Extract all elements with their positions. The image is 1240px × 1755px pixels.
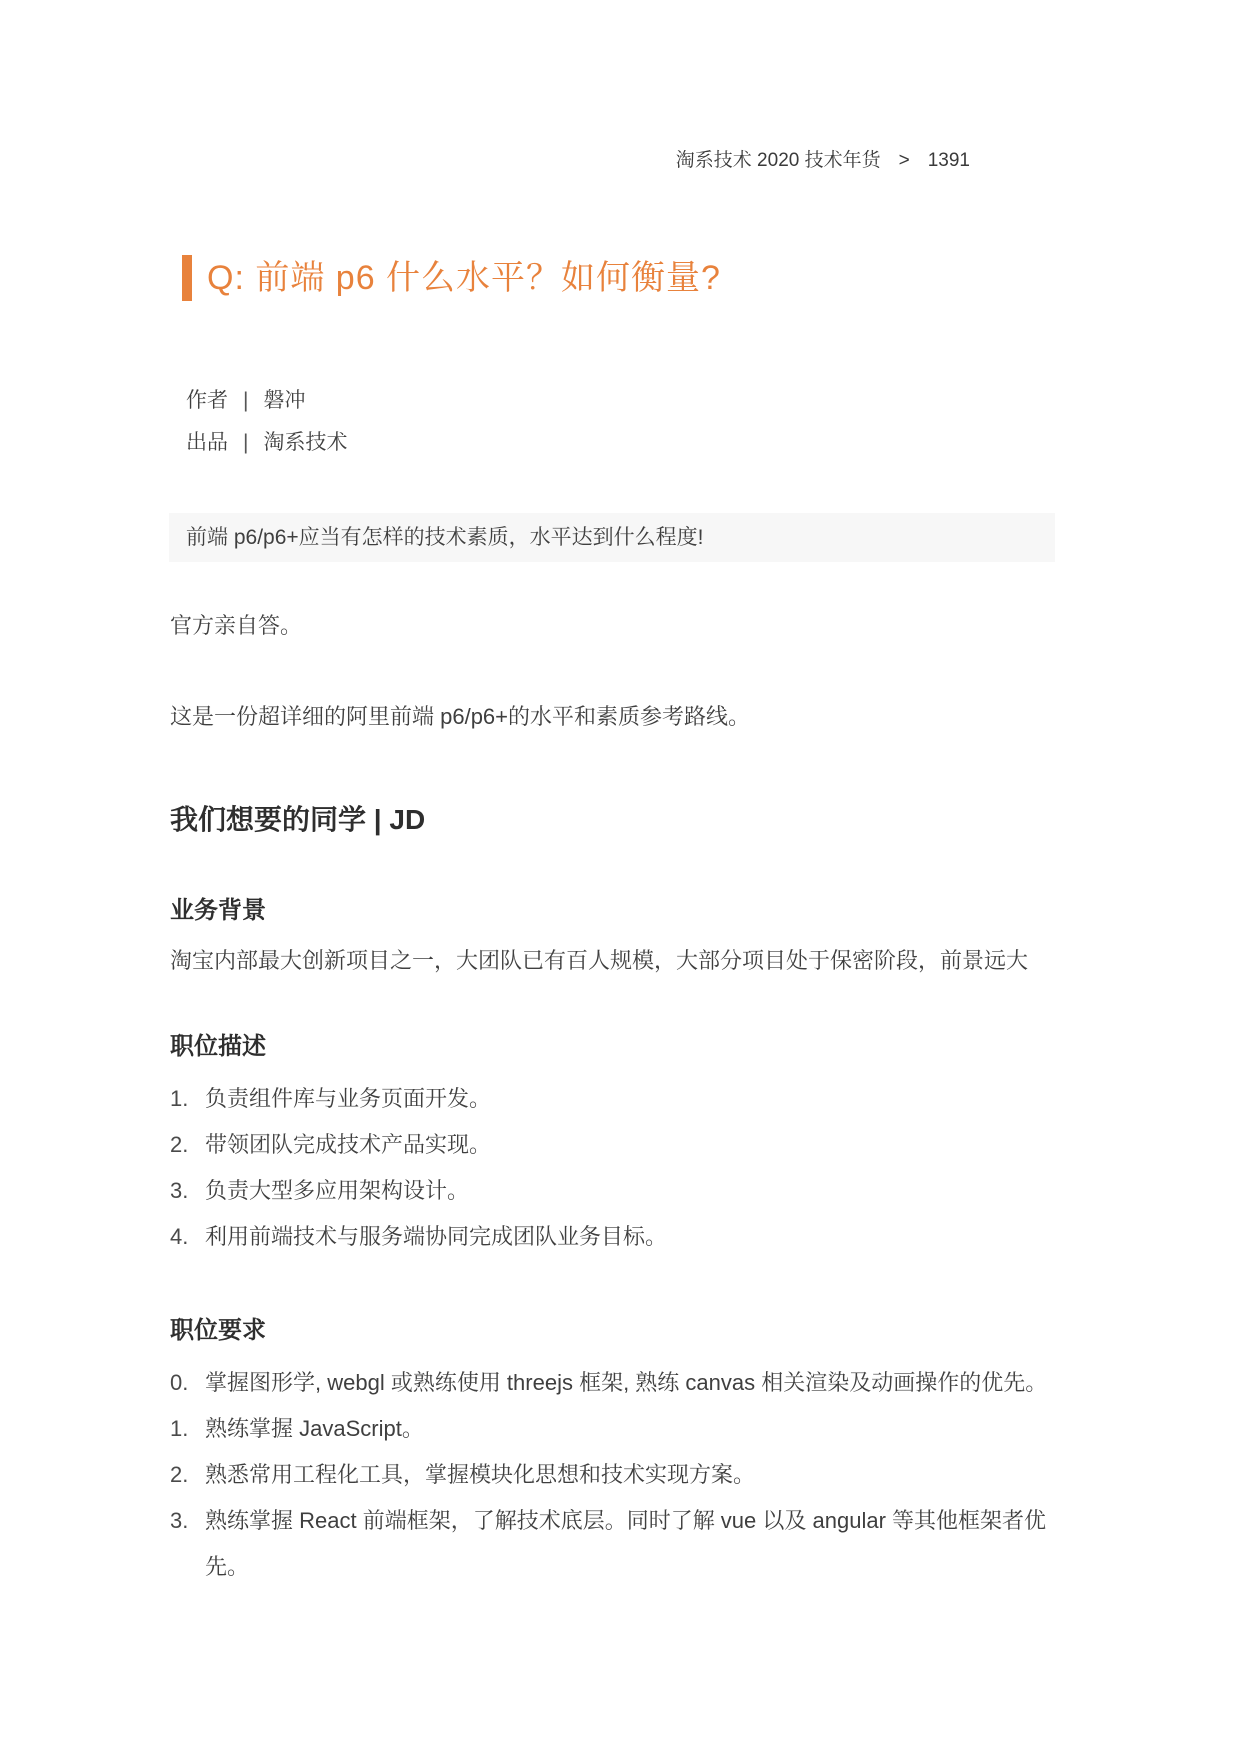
list-item-text: 熟练掌握 React 前端框架，了解技术底层。同时了解 vue 以及 angul… (205, 1498, 1070, 1590)
producer-name: 淘系技术 (263, 431, 347, 454)
list-item: 1. 负责组件库与业务页面开发。 (170, 1076, 1070, 1122)
list-item-text: 熟练掌握 JavaScript。 (205, 1406, 1070, 1452)
list-item-text: 掌握图形学, webgl 或熟练使用 threejs 框架, 熟练 canvas… (205, 1360, 1070, 1406)
page-number: 1391 (928, 150, 970, 171)
producer-row: 出品|淘系技术 (186, 428, 1070, 458)
list-item-text: 负责组件库与业务页面开发。 (205, 1076, 1070, 1122)
question-quote-box: 前端 p6/p6+应当有怎样的技术素质，水平达到什么程度! (169, 513, 1055, 562)
intro-paragraph: 这是一份超详细的阿里前端 p6/p6+的水平和素质参考路线。 (170, 703, 1070, 730)
list-item-number: 2. (170, 1452, 205, 1498)
intro-paragraph: 官方亲自答。 (170, 612, 1070, 639)
subheading-job-requirements: 职位要求 (170, 1316, 1070, 1346)
title-accent-bar (182, 255, 192, 301)
list-item: 3. 负责大型多应用架构设计。 (170, 1168, 1070, 1214)
list-item-text: 利用前端技术与服务端协同完成团队业务目标。 (205, 1214, 1070, 1260)
subheading-job-description: 职位描述 (170, 1032, 1070, 1062)
list-item-number: 0. (170, 1360, 205, 1406)
list-item-number: 3. (170, 1168, 205, 1214)
author-row: 作者|磐冲 (186, 386, 1070, 416)
article-title: Q: 前端 p6 什么水平？如何衡量? (207, 254, 721, 302)
list-item: 0. 掌握图形学, webgl 或熟练使用 threejs 框架, 熟练 can… (170, 1360, 1070, 1406)
producer-label: 出品 (186, 431, 228, 454)
list-item-text: 负责大型多应用架构设计。 (205, 1168, 1070, 1214)
list-item: 2. 熟悉常用工程化工具，掌握模块化思想和技术实现方案。 (170, 1452, 1070, 1498)
list-item: 2. 带领团队完成技术产品实现。 (170, 1122, 1070, 1168)
job-requirements-list: 0. 掌握图形学, webgl 或熟练使用 threejs 框架, 熟练 can… (170, 1360, 1070, 1590)
article-meta: 作者|磐冲 出品|淘系技术 (186, 386, 1070, 458)
document-page: 淘系技术 2020 技术年货>1391 Q: 前端 p6 什么水平？如何衡量? … (0, 0, 1240, 1590)
running-header: 淘系技术 2020 技术年货>1391 (170, 0, 1070, 172)
meta-divider: | (243, 428, 248, 458)
job-description-list: 1. 负责组件库与业务页面开发。 2. 带领团队完成技术产品实现。 3. 负责大… (170, 1076, 1070, 1260)
list-item-number: 1. (170, 1406, 205, 1452)
author-label: 作者 (186, 389, 228, 412)
list-item-text: 带领团队完成技术产品实现。 (205, 1122, 1070, 1168)
author-name: 磐冲 (263, 389, 305, 412)
subheading-business-background: 业务背景 (170, 896, 1070, 926)
list-item-number: 2. (170, 1122, 205, 1168)
list-item-text: 熟悉常用工程化工具，掌握模块化思想和技术实现方案。 (205, 1452, 1070, 1498)
list-item-number: 3. (170, 1498, 205, 1544)
list-item-number: 4. (170, 1214, 205, 1260)
book-title: 淘系技术 2020 技术年货 (676, 150, 881, 171)
list-item: 4. 利用前端技术与服务端协同完成团队业务目标。 (170, 1214, 1070, 1260)
list-item-number: 1. (170, 1076, 205, 1122)
section-heading-jd: 我们想要的同学 | JD (170, 802, 1070, 838)
list-item: 3. 熟练掌握 React 前端框架，了解技术底层。同时了解 vue 以及 an… (170, 1498, 1070, 1590)
meta-divider: | (243, 386, 248, 416)
list-item: 1. 熟练掌握 JavaScript。 (170, 1406, 1070, 1452)
article-title-row: Q: 前端 p6 什么水平？如何衡量? (170, 254, 1070, 302)
breadcrumb-separator: > (899, 150, 910, 172)
business-background-text: 淘宝内部最大创新项目之一，大团队已有百人规模，大部分项目处于保密阶段，前景远大 (170, 946, 1070, 976)
